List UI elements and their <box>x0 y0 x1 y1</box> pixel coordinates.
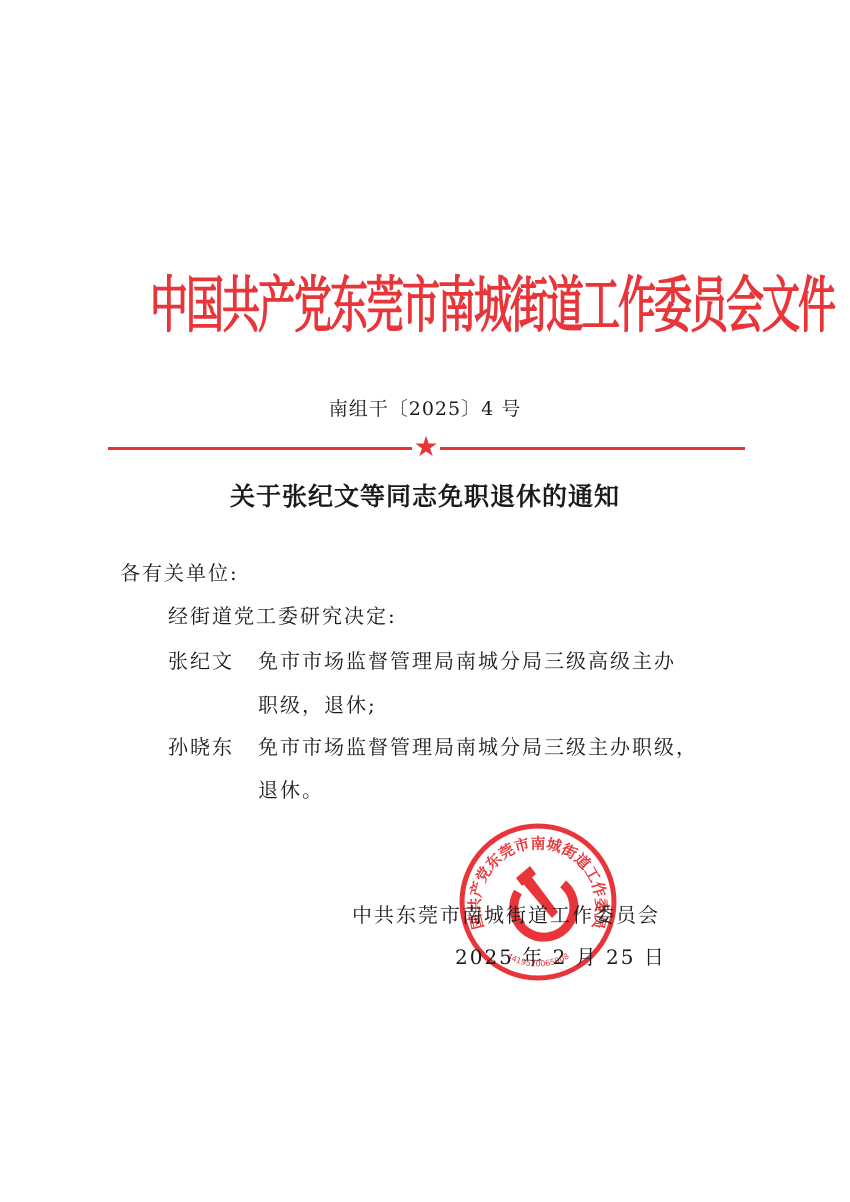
notice-title: 关于张纪文等同志免职退休的通知 <box>0 477 850 513</box>
document-number: 南组干〔2025〕4 号 <box>0 394 850 421</box>
entry-line: 免市市场监督管理局南城分局三级高级主办 <box>258 648 676 674</box>
document-header-title: 中国共产党东莞市南城街道工作委员会文件 <box>150 241 710 369</box>
signing-date: 2025 年 2 月 25 日 <box>455 944 666 970</box>
red-divider-left <box>108 447 412 450</box>
entry-name: 孙晓东 <box>168 734 234 760</box>
entry-line: 职级，退休; <box>258 692 377 718</box>
entry-line: 退休。 <box>258 777 324 803</box>
entry-name: 张纪文 <box>168 648 234 674</box>
salutation: 各有关单位: <box>120 560 239 586</box>
intro-text: 经街道党工委研究决定: <box>168 603 397 629</box>
red-divider-right <box>440 447 745 450</box>
star-icon: ★ <box>412 433 440 461</box>
entry-line: 免市市场监督管理局南城分局三级主办职级， <box>258 734 698 760</box>
signing-organization: 中共东莞市南城街道工作委员会 <box>352 902 660 928</box>
